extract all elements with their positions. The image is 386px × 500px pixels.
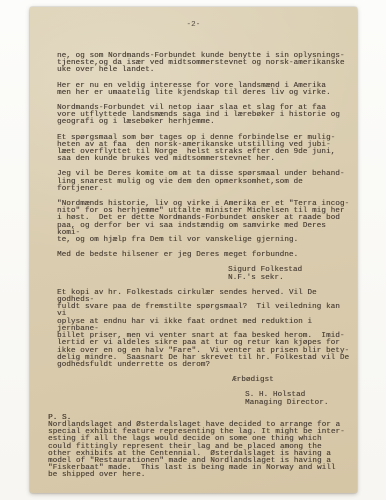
- page-number: -2-: [30, 7, 357, 29]
- signature-title: N.F.'s sekr.: [228, 275, 351, 282]
- signature-block-holstad: S. H. Holstad Managing Director.: [245, 392, 351, 406]
- paragraph-1: ne, og som Nordmands-Forbundet kunde ben…: [57, 53, 351, 75]
- paragraph-6: "Nordmænds historie, liv og virke i Amer…: [57, 201, 351, 244]
- scan-background: -2- ne, og som Nordmands-Forbundet kunde…: [0, 0, 386, 500]
- signature-title: Managing Director.: [245, 400, 351, 407]
- closing-valediction: Ærbødigst: [232, 377, 351, 384]
- paragraph-5: Jeg vil be Deres komite om at ta disse s…: [57, 171, 351, 193]
- paragraph-2: Her er nu en veldig interesse for vore l…: [57, 83, 351, 97]
- paragraph-3: Nordmands-Forbundet vil netop iaar slaa …: [57, 105, 351, 127]
- postscript-text: Nordlandslaget and Østerdalslaget have d…: [48, 422, 351, 480]
- paragraph-7: Med de bedste hilsener er jeg Deres mege…: [57, 252, 351, 259]
- letter-page: -2- ne, og som Nordmands-Forbundet kunde…: [30, 7, 357, 493]
- paragraph-4: Et spørgsmaal som bør tages op i denne f…: [57, 135, 351, 164]
- postscript: P. S. Nordlandslaget and Østerdalslaget …: [48, 415, 351, 480]
- note-paragraph: Et kopi av hr. Folkestads cirkulær sende…: [57, 290, 351, 369]
- letter-body: ne, og som Nordmands-Forbundet kunde ben…: [57, 53, 351, 480]
- signature-block-folkestad: Sigurd Folkestad N.F.'s sekr.: [228, 267, 351, 281]
